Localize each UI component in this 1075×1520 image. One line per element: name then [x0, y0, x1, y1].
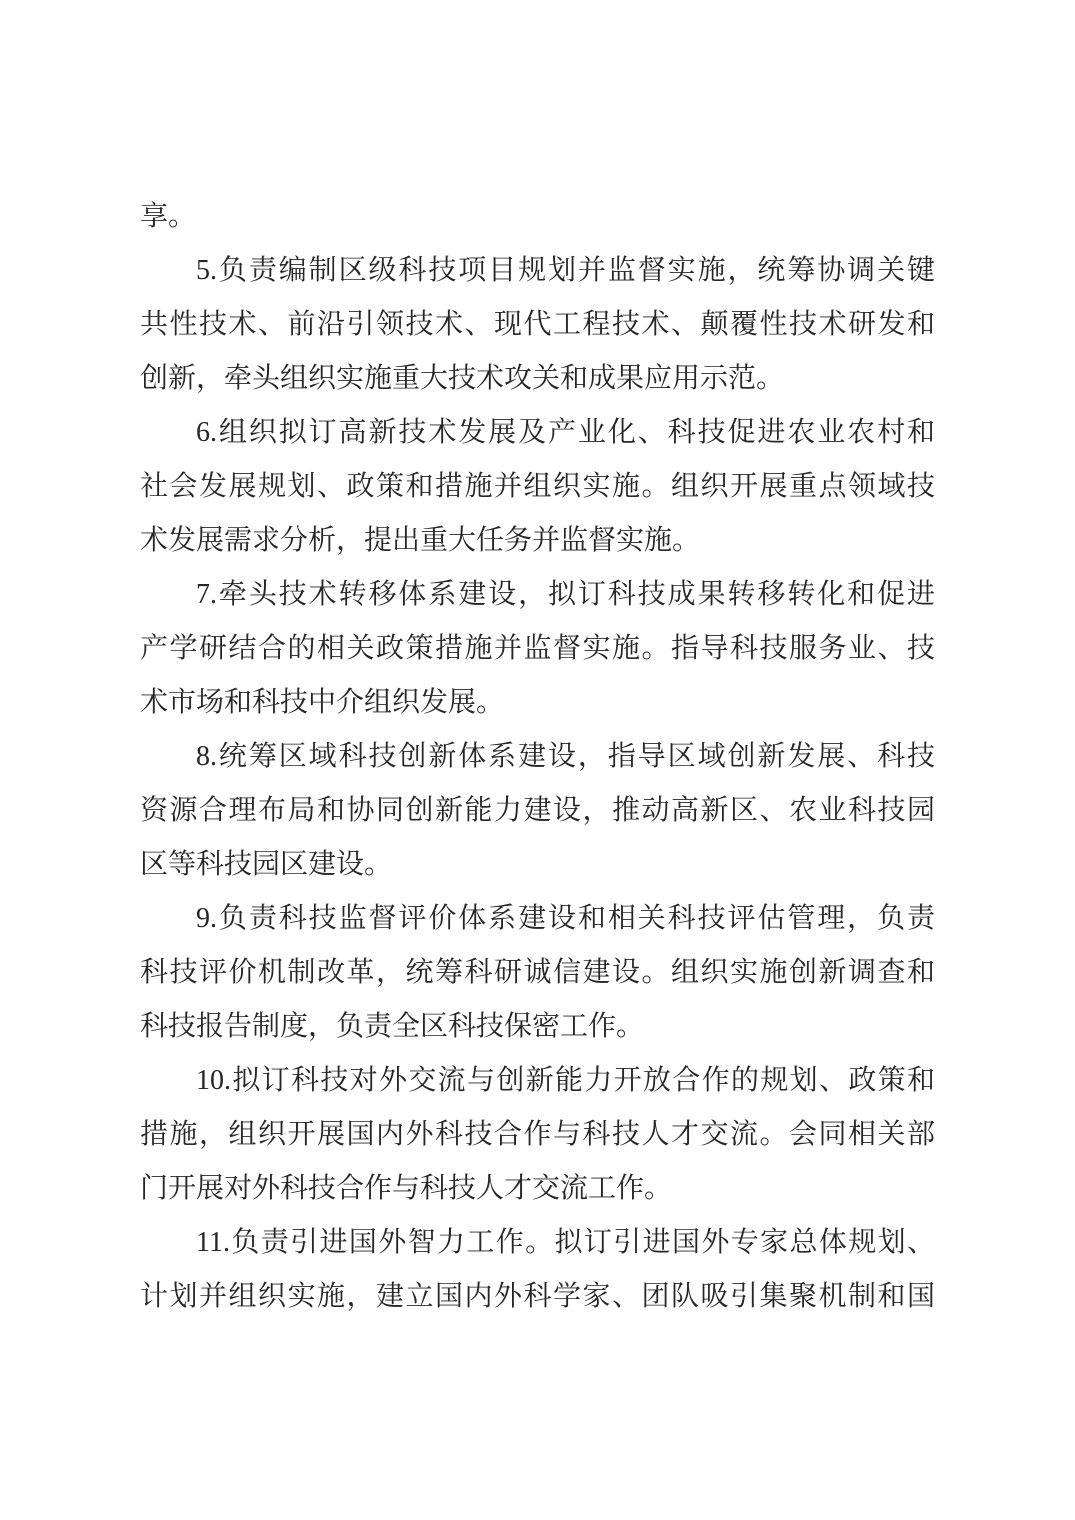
paragraph: 5.负责编制区级科技项目规划并监督实施，统筹协调关键共性技术、前沿引领技术、现代…	[140, 244, 935, 406]
paragraph: 11.负责引进国外智力工作。拟订引进国外专家总体规划、计划并组织实施，建立国内外…	[140, 1216, 935, 1324]
text-line: 5.负责编制区级科技项目规划并监督实施，统筹协调关键	[140, 244, 935, 298]
paragraph: 8.统筹区域科技创新体系建设，指导区域创新发展、科技资源合理布局和协同创新能力建…	[140, 730, 935, 892]
document-text-block: 享。5.负责编制区级科技项目规划并监督实施，统筹协调关键共性技术、前沿引领技术、…	[140, 190, 935, 1324]
paragraph: 7.牵头技术转移体系建设，拟订科技成果转移转化和促进产学研结合的相关政策措施并监…	[140, 568, 935, 730]
text-line: 科技评价机制改革，统筹科研诚信建设。组织实施创新调查和	[140, 946, 935, 1000]
text-line: 区等科技园区建设。	[140, 838, 935, 892]
text-line: 术市场和科技中介组织发展。	[140, 676, 935, 730]
text-line: 产学研结合的相关政策措施并监督实施。指导科技服务业、技	[140, 622, 935, 676]
text-line: 社会发展规划、政策和措施并组织实施。组织开展重点领域技	[140, 460, 935, 514]
text-line: 9.负责科技监督评价体系建设和相关科技评估管理，负责	[140, 892, 935, 946]
text-line: 11.负责引进国外智力工作。拟订引进国外专家总体规划、	[140, 1216, 935, 1270]
text-line: 8.统筹区域科技创新体系建设，指导区域创新发展、科技	[140, 730, 935, 784]
text-line: 6.组织拟订高新技术发展及产业化、科技促进农业农村和	[140, 406, 935, 460]
text-line: 资源合理布局和协同创新能力建设，推动高新区、农业科技园	[140, 784, 935, 838]
paragraph: 享。	[140, 190, 935, 244]
text-line: 享。	[140, 190, 935, 244]
text-line: 计划并组织实施，建立国内外科学家、团队吸引集聚机制和国	[140, 1270, 935, 1324]
text-line: 科技报告制度，负责全区科技保密工作。	[140, 1000, 935, 1054]
paragraph: 6.组织拟订高新技术发展及产业化、科技促进农业农村和社会发展规划、政策和措施并组…	[140, 406, 935, 568]
text-line: 共性技术、前沿引领技术、现代工程技术、颠覆性技术研发和	[140, 298, 935, 352]
text-line: 7.牵头技术转移体系建设，拟订科技成果转移转化和促进	[140, 568, 935, 622]
document-page: 享。5.负责编制区级科技项目规划并监督实施，统筹协调关键共性技术、前沿引领技术、…	[0, 0, 1075, 1520]
text-line: 10.拟订科技对外交流与创新能力开放合作的规划、政策和	[140, 1054, 935, 1108]
paragraph: 10.拟订科技对外交流与创新能力开放合作的规划、政策和措施，组织开展国内外科技合…	[140, 1054, 935, 1216]
paragraph: 9.负责科技监督评价体系建设和相关科技评估管理，负责科技评价机制改革，统筹科研诚…	[140, 892, 935, 1054]
text-line: 术发展需求分析，提出重大任务并监督实施。	[140, 514, 935, 568]
text-line: 措施，组织开展国内外科技合作与科技人才交流。会同相关部	[140, 1108, 935, 1162]
text-line: 创新，牵头组织实施重大技术攻关和成果应用示范。	[140, 352, 935, 406]
text-line: 门开展对外科技合作与科技人才交流工作。	[140, 1162, 935, 1216]
